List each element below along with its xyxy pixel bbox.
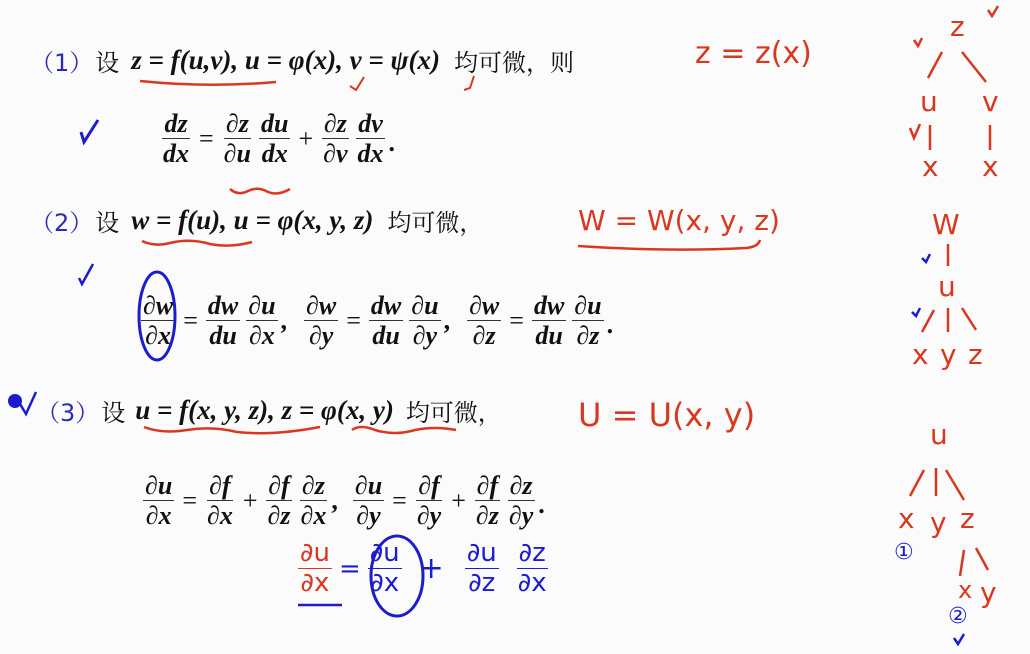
item-1-label: （1） <box>30 43 93 78</box>
blue-underline-hw-lhs <box>296 602 346 608</box>
red-squiggle-2 <box>140 238 255 248</box>
blue-check-1 <box>78 118 102 144</box>
tree-2: W u x y z <box>900 200 1020 390</box>
item-2-label: （2） <box>30 203 93 238</box>
item-3-condition-sep: , <box>268 395 282 426</box>
formula-3: ∂u∂x = ∂f∂x + ∂f∂z ∂z∂x , ∂u∂y = ∂f∂y + … <box>140 472 545 530</box>
blue-circle-hw-t1 <box>366 530 428 620</box>
item-1-prefix: 设 <box>95 43 119 78</box>
annotation-1: z = z(x) <box>695 36 812 71</box>
item-1: （1） 设 z = f(u,v) , u = φ(x), v = ψ(x) 均可… <box>30 40 574 80</box>
red-tick-phi <box>348 74 368 94</box>
frac-pz-pv: ∂z∂v <box>321 110 349 168</box>
blue-dot-check-3 <box>6 390 38 420</box>
hw-lhs: ∂u∂x <box>298 540 332 598</box>
frac-dz-dx: dzdx <box>161 110 191 168</box>
item-2-condition-main: w = f(u) <box>131 205 220 236</box>
frac-pz-pu: ∂z∂u <box>222 110 253 168</box>
frac-du-dx: dudx <box>259 110 290 168</box>
blue-circle-pw-px <box>134 264 180 364</box>
frac-dv-dx: dvdx <box>356 110 386 168</box>
tree-1: z u v x x <box>900 0 1020 190</box>
formula-2: ∂w∂x = dwdu ∂u∂x , ∂w∂y = dwdu ∂u∂y , ∂w… <box>138 292 613 350</box>
frac-pw-pz: ∂w∂z <box>467 292 501 350</box>
item-2-prefix: 设 <box>95 203 119 238</box>
red-squiggle-1 <box>228 186 298 196</box>
item-2-suffix: 均可微， <box>387 203 483 238</box>
frac-pw-py: ∂w∂y <box>304 292 338 350</box>
red-underline-1 <box>138 78 278 88</box>
item-1-condition-main: z = f(u,v) <box>131 45 231 76</box>
item-2-condition-rest: , u = φ(x, y, z) <box>220 205 373 236</box>
item-3-condition-main: u = f(x, y, z) <box>135 395 268 426</box>
hw-t2b: ∂z∂x <box>516 540 549 598</box>
item-3-prefix: 设 <box>101 393 125 428</box>
red-squiggle-3a <box>142 424 322 436</box>
item-3-suffix: 均可微， <box>406 393 502 428</box>
item-1-suffix: 均可微，则 <box>454 43 574 78</box>
tree-3: u x y z x y ① ② <box>880 410 1030 654</box>
blue-check-2 <box>76 262 96 286</box>
item-1-condition-rest: , u = φ(x), v = ψ(x) <box>231 45 440 76</box>
annotation-3: U = U(x, y) <box>578 396 755 434</box>
item-3-condition-second: z = φ(x, y) <box>282 395 394 426</box>
formula-1: dzdx = ∂z∂u dudx + ∂z∂v dvdx . <box>158 110 395 168</box>
item-3-label: （3） <box>36 393 99 428</box>
annotation-2: W = W(x, y, z) <box>578 204 780 237</box>
item-2: （2） 设 w = f(u) , u = φ(x, y, z) 均可微， <box>30 200 483 240</box>
red-squiggle-3b <box>350 424 460 436</box>
red-tick-psi <box>462 74 478 94</box>
red-underline-annotation-2 <box>576 238 766 252</box>
hw-t2a: ∂u∂z <box>465 540 499 598</box>
